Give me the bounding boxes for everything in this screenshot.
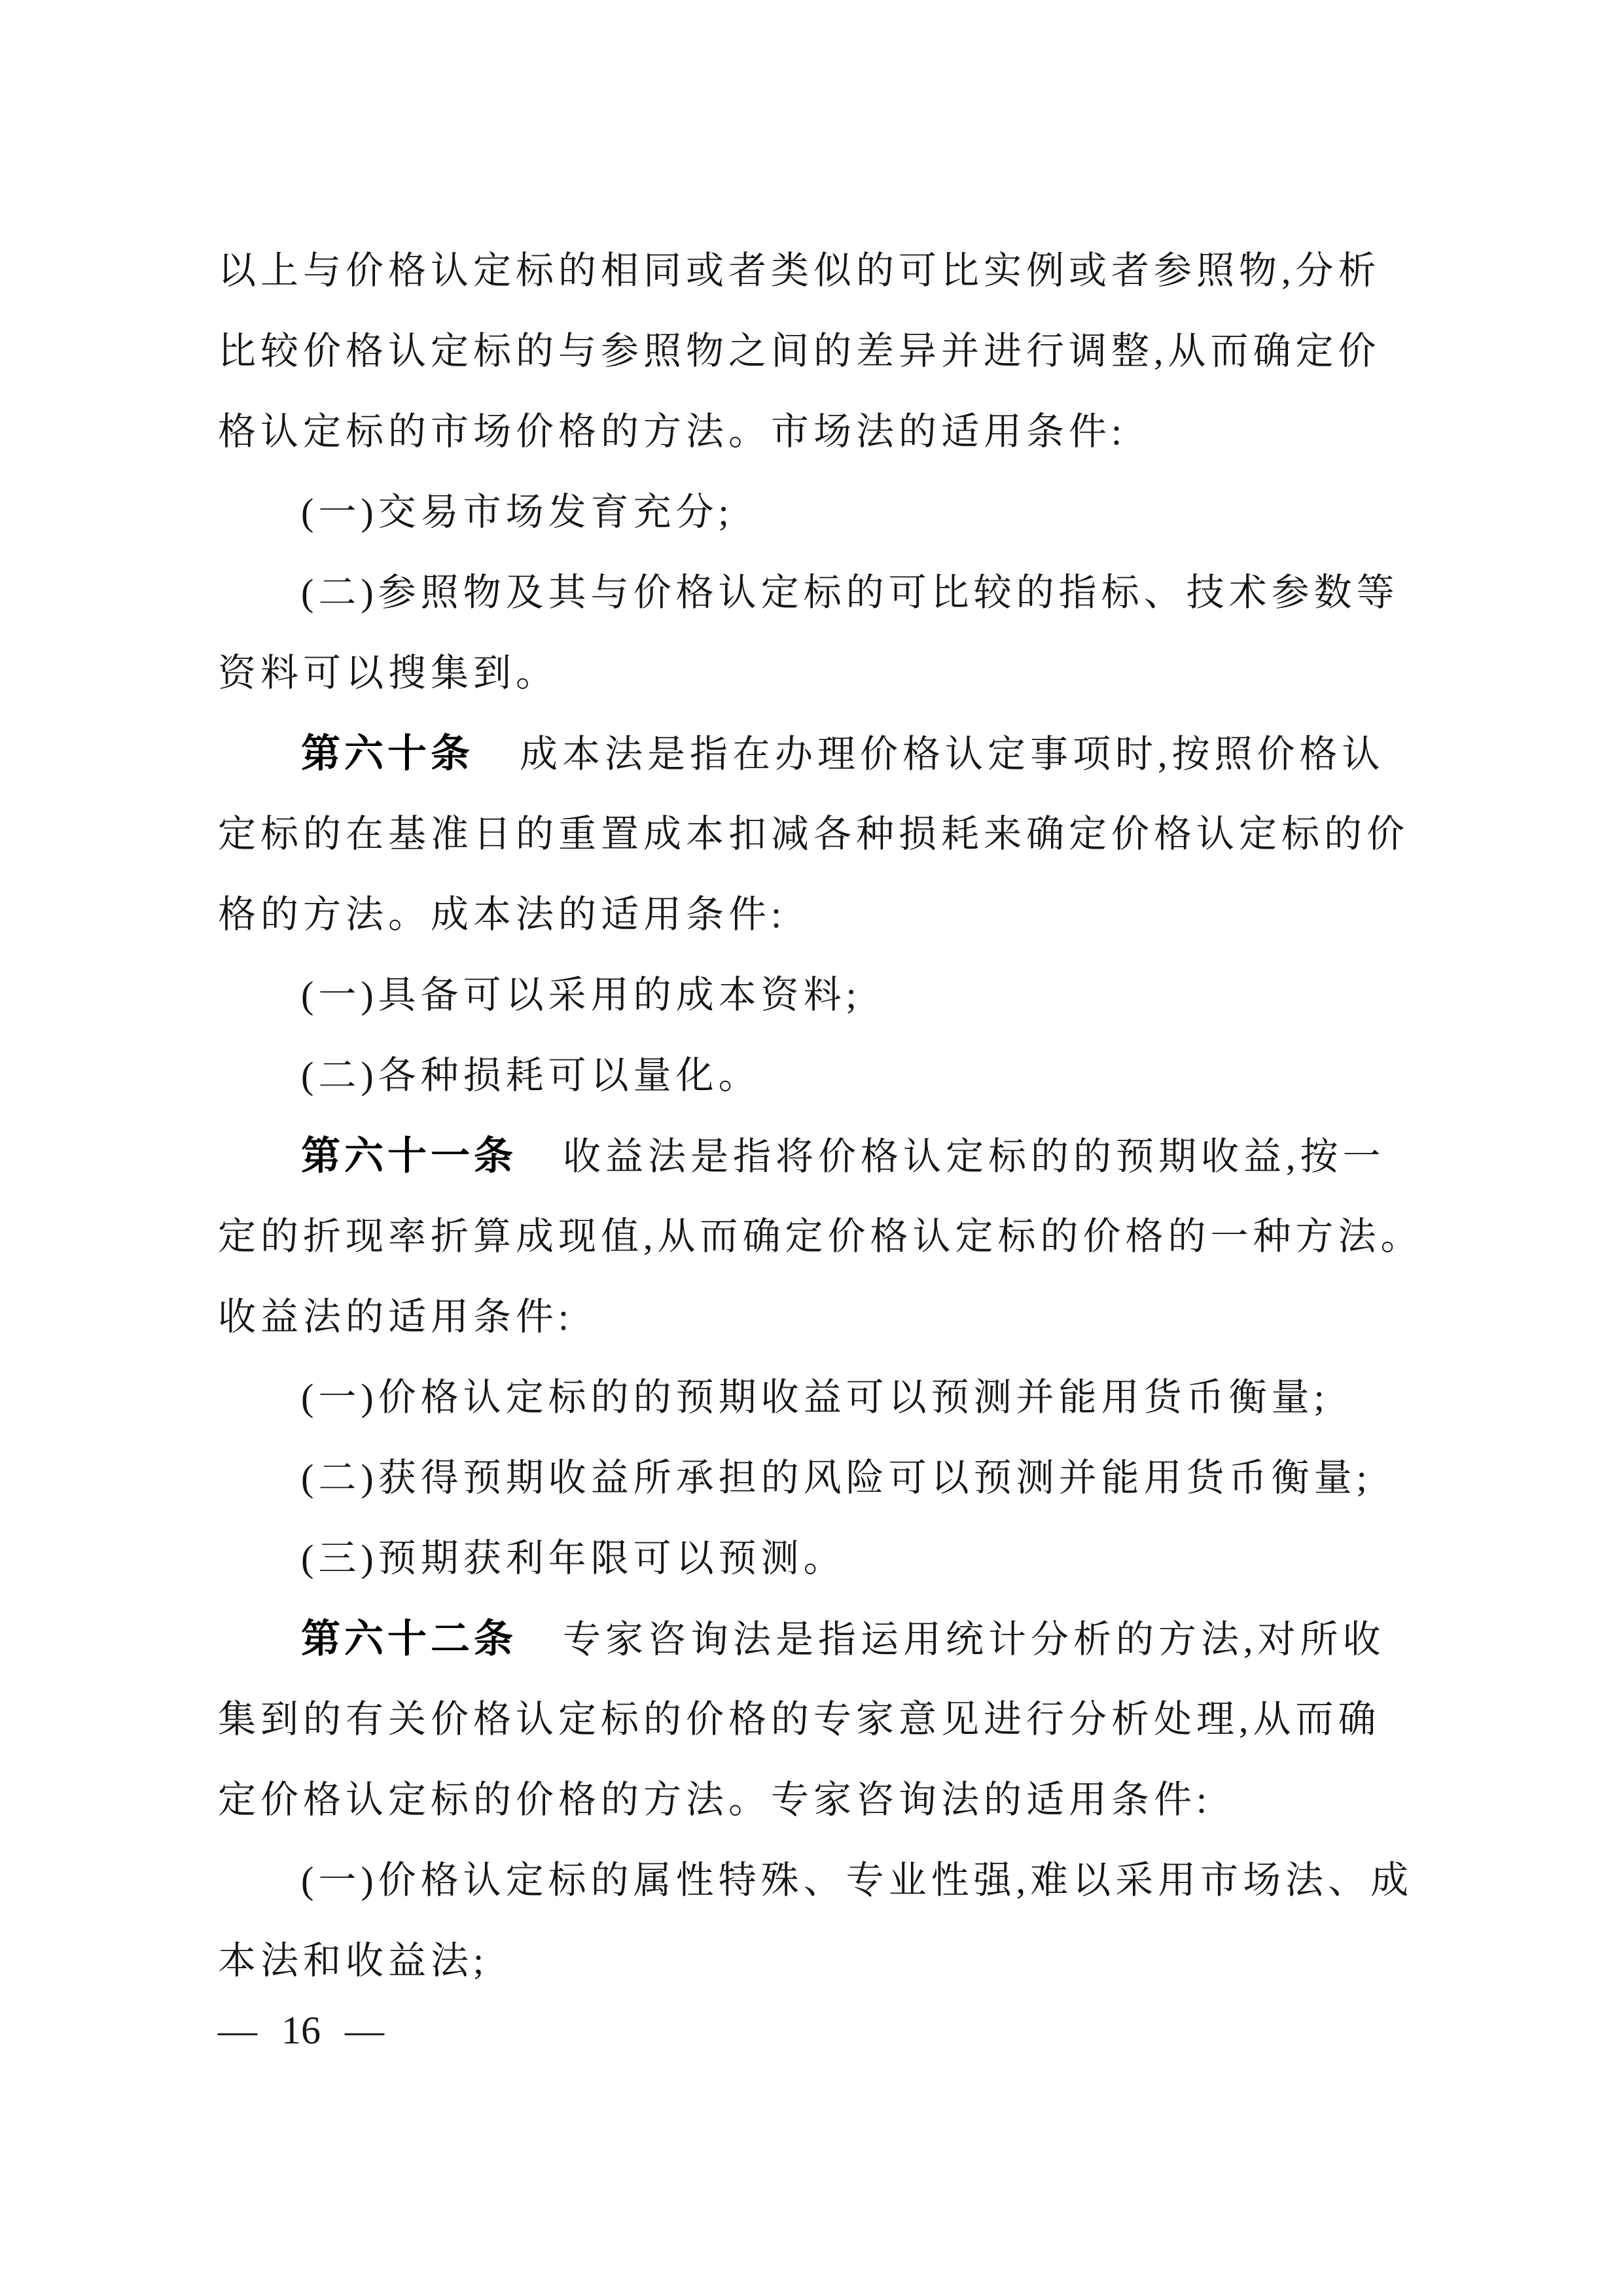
line-text: 专家咨询法是指运用统计分析的方法,对所收 [563, 1618, 1385, 1661]
line-text: (一)价格认定标的的预期收益可以预测并能用货币衡量; [301, 1376, 1329, 1419]
text-line: 资料可以搜集到。 [218, 633, 1427, 713]
line-text: (二)各种损耗可以量化。 [301, 1054, 761, 1097]
line-text: (一)交易市场发育充分; [301, 491, 734, 533]
line-text: 资料可以搜集到。 [218, 652, 558, 694]
line-text: 收益法的适用条件: [218, 1296, 573, 1338]
line-text: 比较价格认定标的与参照物之间的差异并进行调整,从而确定价 [218, 330, 1381, 372]
line-text: 格的方法。成本法的适用条件: [218, 893, 786, 936]
text-line: (二)参照物及其与价格认定标的可比较的指标、技术参数等 [218, 552, 1427, 633]
line-text: 收益法是指将价格认定标的的预期收益,按一 [563, 1135, 1385, 1178]
article-number: 第六十条 [301, 732, 474, 775]
text-line: (二)获得预期收益所承担的风险可以预测并能用货币衡量; [218, 1438, 1427, 1518]
text-line: 定价格认定标的价格的方法。专家咨询法的适用条件: [218, 1759, 1427, 1840]
line-text: (二)参照物及其与价格认定标的可比较的指标、技术参数等 [301, 571, 1399, 614]
text-line: 收益法的适用条件: [218, 1277, 1427, 1357]
text-line: 格的方法。成本法的适用条件: [218, 874, 1427, 955]
text-line: 第六十一条收益法是指将价格认定标的的预期收益,按一 [218, 1116, 1427, 1196]
text-line: 集到的有关价格认定标的价格的专家意见进行分析处理,从而确 [218, 1679, 1427, 1759]
text-line: 第六十二条专家咨询法是指运用统计分析的方法,对所收 [218, 1598, 1427, 1679]
line-text: 定价格认定标的价格的方法。专家咨询法的适用条件: [218, 1778, 1211, 1821]
document-body: 以上与价格认定标的相同或者类似的可比实例或者参照物,分析比较价格认定标的与参照物… [218, 230, 1427, 2001]
text-line: (三)预期获利年限可以预测。 [218, 1518, 1427, 1598]
text-line: (一)交易市场发育充分; [218, 472, 1427, 552]
text-line: (一)具备可以采用的成本资料; [218, 955, 1427, 1035]
line-text: 定的折现率折算成现值,从而确定价格认定标的价格的一种方法。 [218, 1215, 1423, 1258]
text-line: (二)各种损耗可以量化。 [218, 1035, 1427, 1116]
footer-dash-left: — [218, 2009, 257, 2052]
line-text: (一)具备可以采用的成本资料; [301, 974, 861, 1016]
line-text: 成本法是指在办理价格认定事项时,按照价格认 [520, 733, 1385, 775]
text-line: 第六十条成本法是指在办理价格认定事项时,按照价格认 [218, 713, 1427, 794]
text-line: 定标的在基准日的重置成本扣减各种损耗来确定价格认定标的价 [218, 794, 1427, 874]
text-line: 比较价格认定标的与参照物之间的差异并进行调整,从而确定价 [218, 311, 1427, 391]
text-line: 本法和收益法; [218, 1920, 1427, 2001]
page-footer: — 16 — [218, 2007, 384, 2053]
line-text: 格认定标的市场价格的方法。市场法的适用条件: [218, 410, 1126, 453]
page-number: 16 [281, 2009, 321, 2052]
text-line: (一)价格认定标的属性特殊、专业性强,难以采用市场法、成 [218, 1840, 1427, 1920]
text-line: 格认定标的市场价格的方法。市场法的适用条件: [218, 391, 1427, 472]
article-number: 第六十一条 [301, 1134, 517, 1178]
text-line: 以上与价格认定标的相同或者类似的可比实例或者参照物,分析 [218, 230, 1427, 311]
line-text: 以上与价格认定标的相同或者类似的可比实例或者参照物,分析 [218, 249, 1381, 292]
line-text: 本法和收益法; [218, 1939, 488, 1982]
line-text: 定标的在基准日的重置成本扣减各种损耗来确定价格认定标的价 [218, 813, 1409, 855]
line-text: (一)价格认定标的属性特殊、专业性强,难以采用市场法、成 [301, 1859, 1413, 1901]
line-text: 集到的有关价格认定标的价格的专家意见进行分析处理,从而确 [218, 1698, 1381, 1740]
text-line: (一)价格认定标的的预期收益可以预测并能用货币衡量; [218, 1357, 1427, 1438]
footer-dash-right: — [345, 2009, 384, 2052]
text-line: 定的折现率折算成现值,从而确定价格认定标的价格的一种方法。 [218, 1196, 1427, 1277]
document-page: 以上与价格认定标的相同或者类似的可比实例或者参照物,分析比较价格认定标的与参照物… [0, 0, 1623, 2296]
line-text: (三)预期获利年限可以预测。 [301, 1537, 846, 1580]
article-number: 第六十二条 [301, 1617, 517, 1661]
line-text: (二)获得预期收益所承担的风险可以预测并能用货币衡量; [301, 1457, 1372, 1499]
